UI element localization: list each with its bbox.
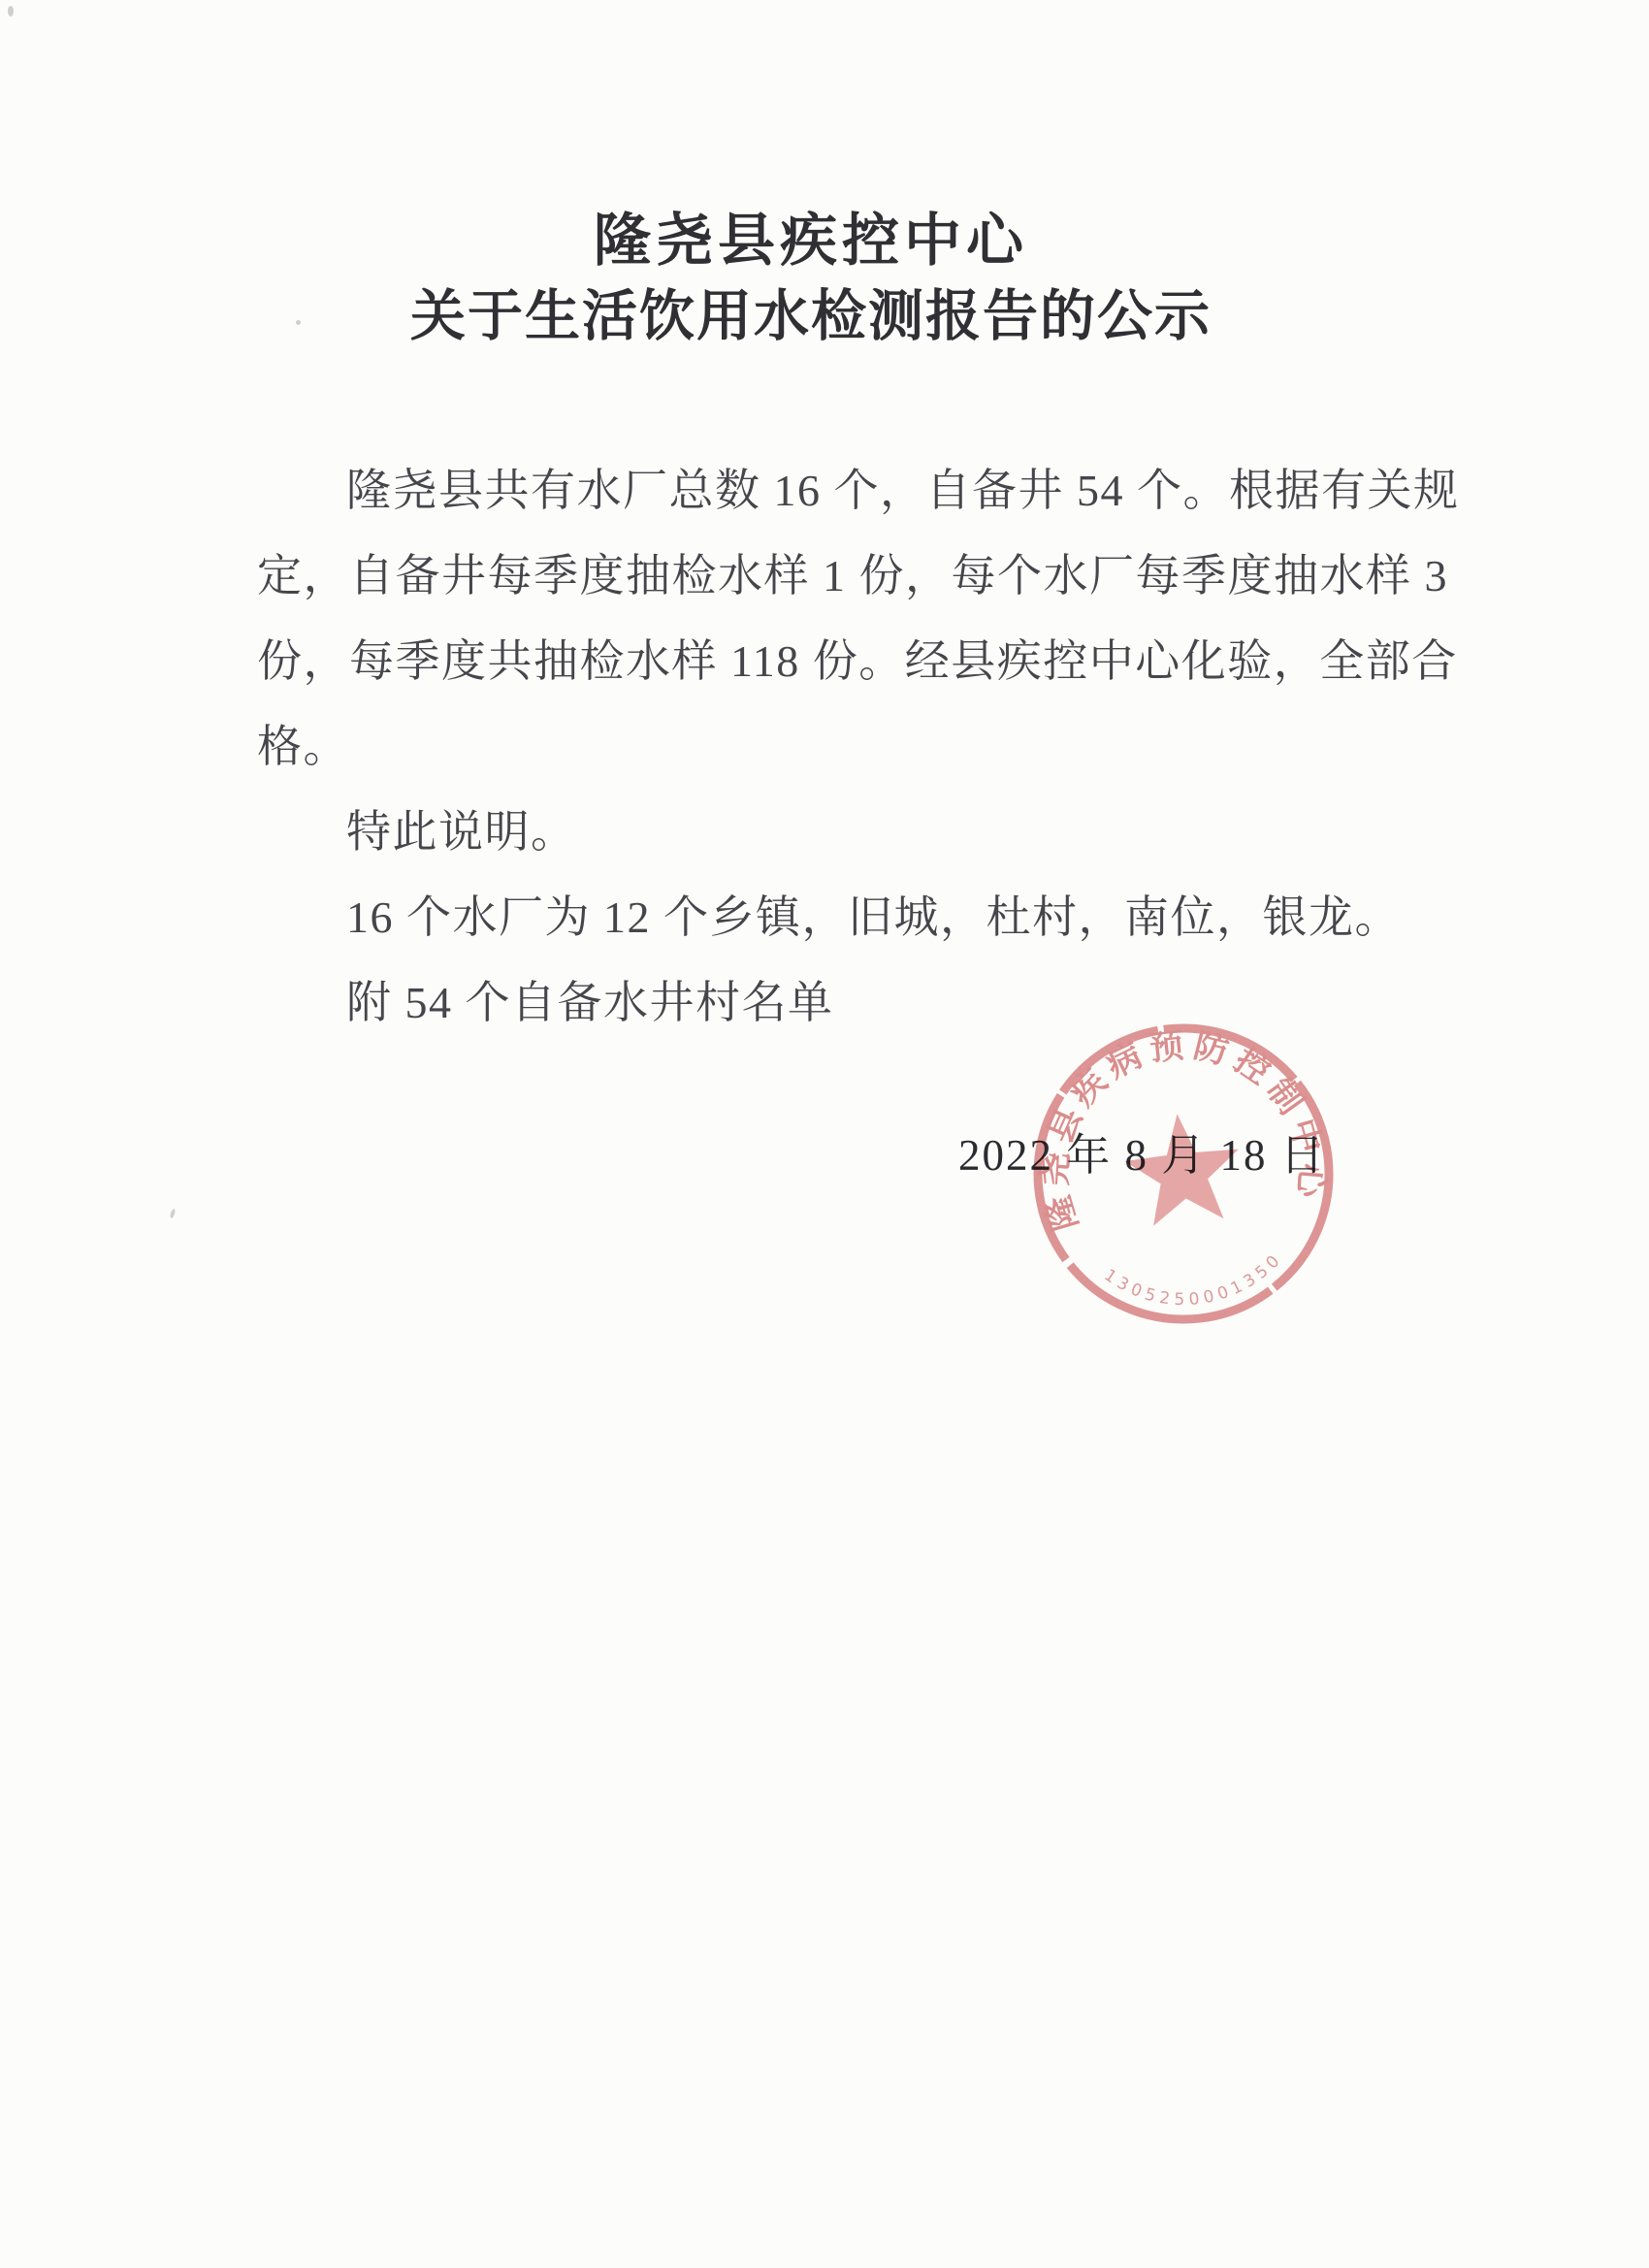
- title-line-2: 关于生活饮用水检测报告的公示: [0, 272, 1635, 351]
- body-line: 份，每季度共抽检水样 118 份。经县疾控中心化验，全部合: [257, 619, 1373, 704]
- body-line: 定，自备井每季度抽检水样 1 份，每个水厂每季度抽水样 3: [257, 534, 1373, 619]
- scan-speck: [170, 1209, 177, 1219]
- body-line: 16 个水厂为 12 个乡镇，旧城，杜村，南位，银龙。: [257, 875, 1373, 960]
- seal-star-icon: [1120, 1108, 1245, 1228]
- scan-speck: [8, 6, 14, 16]
- document-page: 隆尧县疾控中心 关于生活饮用水检测报告的公示 隆尧县共有水厂总数 16 个，自备…: [0, 0, 1649, 2268]
- notice-body: 隆尧县共有水厂总数 16 个，自备井 54 个。根据有关规 定，自备井每季度抽检…: [257, 448, 1373, 1046]
- official-seal-stamp: 隆尧县疾病预防控制中心 1305250001350: [1030, 1021, 1337, 1327]
- body-line: 隆尧县共有水厂总数 16 个，自备井 54 个。根据有关规: [257, 448, 1373, 534]
- body-line: 格。: [257, 704, 1373, 790]
- body-line: 特此说明。: [257, 790, 1373, 875]
- title-line-1: 隆尧县疾控中心: [0, 194, 1635, 276]
